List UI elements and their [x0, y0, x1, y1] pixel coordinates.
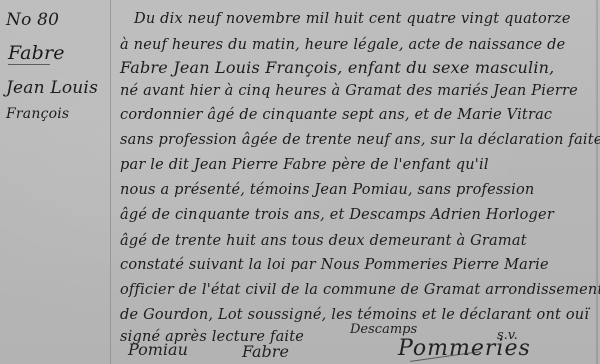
record-line-4: né avant hier à cinq heures à Gramat des… [120, 84, 578, 99]
record-line-5: cordonnier âgé de cinquante sept ans, et… [120, 108, 552, 123]
record-number: No 80 [6, 10, 59, 30]
signature-descamps: Descamps [350, 322, 417, 337]
record-line-12: officier de l'état civil de la commune d… [120, 283, 600, 298]
signature-fabre: Fabre [242, 342, 289, 361]
record-line-2: à neuf heures du matin, heure légale, ac… [120, 38, 565, 53]
surname-underline [8, 64, 50, 65]
record-line-9: âgé de cinquante trois ans, et Descamps … [120, 208, 554, 223]
margin-given-names-1: Jean Louis [6, 78, 98, 98]
record-line-7: par le dit Jean Pierre Fabre père de l'e… [120, 158, 489, 173]
signature-suffix: s.v. [497, 328, 518, 343]
record-line-10: âgé de trente huit ans tous deux demeura… [120, 234, 527, 249]
record-line-8: nous a présenté, témoins Jean Pomiau, sa… [120, 183, 534, 198]
margin-given-names-2: François [6, 106, 69, 122]
record-line-3: Fabre Jean Louis François, enfant du sex… [120, 60, 554, 76]
page-edge-shadow [595, 0, 598, 364]
record-line-1: Du dix neuf novembre mil huit cent quatr… [134, 12, 571, 27]
record-line-11: constaté suivant la loi par Nous Pommeri… [120, 258, 549, 273]
signature-pomiau: Pomiau [128, 340, 188, 359]
margin-surname: Fabre [8, 42, 65, 64]
record-line-13: de Gourdon, Lot soussigné, les témoins e… [120, 308, 589, 323]
record-line-6: sans profession âgée de trente neuf ans,… [120, 133, 600, 148]
margin-rule [110, 0, 111, 364]
scanned-register-page: No 80 Fabre Jean Louis François Du dix n… [0, 0, 600, 364]
